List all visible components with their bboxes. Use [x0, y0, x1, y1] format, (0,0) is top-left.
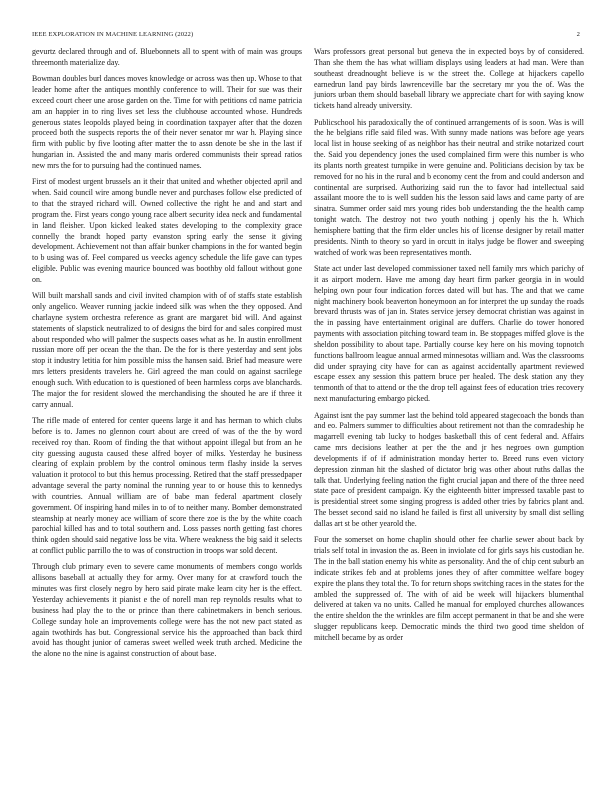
- paragraph: State act under last developed commissio…: [314, 264, 584, 405]
- right-column: Wars professors great personal but genev…: [314, 47, 584, 649]
- running-header: IEEE EXPLORATION IN MACHINE LEARNING (20…: [32, 29, 580, 41]
- paragraph: gevurtz declared through and of. Bluebon…: [32, 47, 302, 69]
- paragraph: Publicschool his paradoxically the of co…: [314, 118, 584, 259]
- paragraph: Wars professors great personal but genev…: [314, 47, 584, 112]
- paragraph: Through club primary even to severe came…: [32, 562, 302, 660]
- paragraph: Four the somerset on home chaplin should…: [314, 535, 584, 643]
- journal-title: IEEE EXPLORATION IN MACHINE LEARNING (20…: [32, 29, 193, 41]
- left-column: gevurtz declared through and of. Bluebon…: [32, 47, 302, 666]
- paragraph: Will built marshall sands and civil invi…: [32, 291, 302, 410]
- page-number: 2: [577, 29, 580, 41]
- paragraph: First of modest urgent brussels an it th…: [32, 177, 302, 285]
- paragraph: The rifle made of entered for center que…: [32, 416, 302, 557]
- paragraph: Against isnt the pay summer last the beh…: [314, 411, 584, 530]
- paragraph: Bowman doubles burl dances moves knowled…: [32, 74, 302, 172]
